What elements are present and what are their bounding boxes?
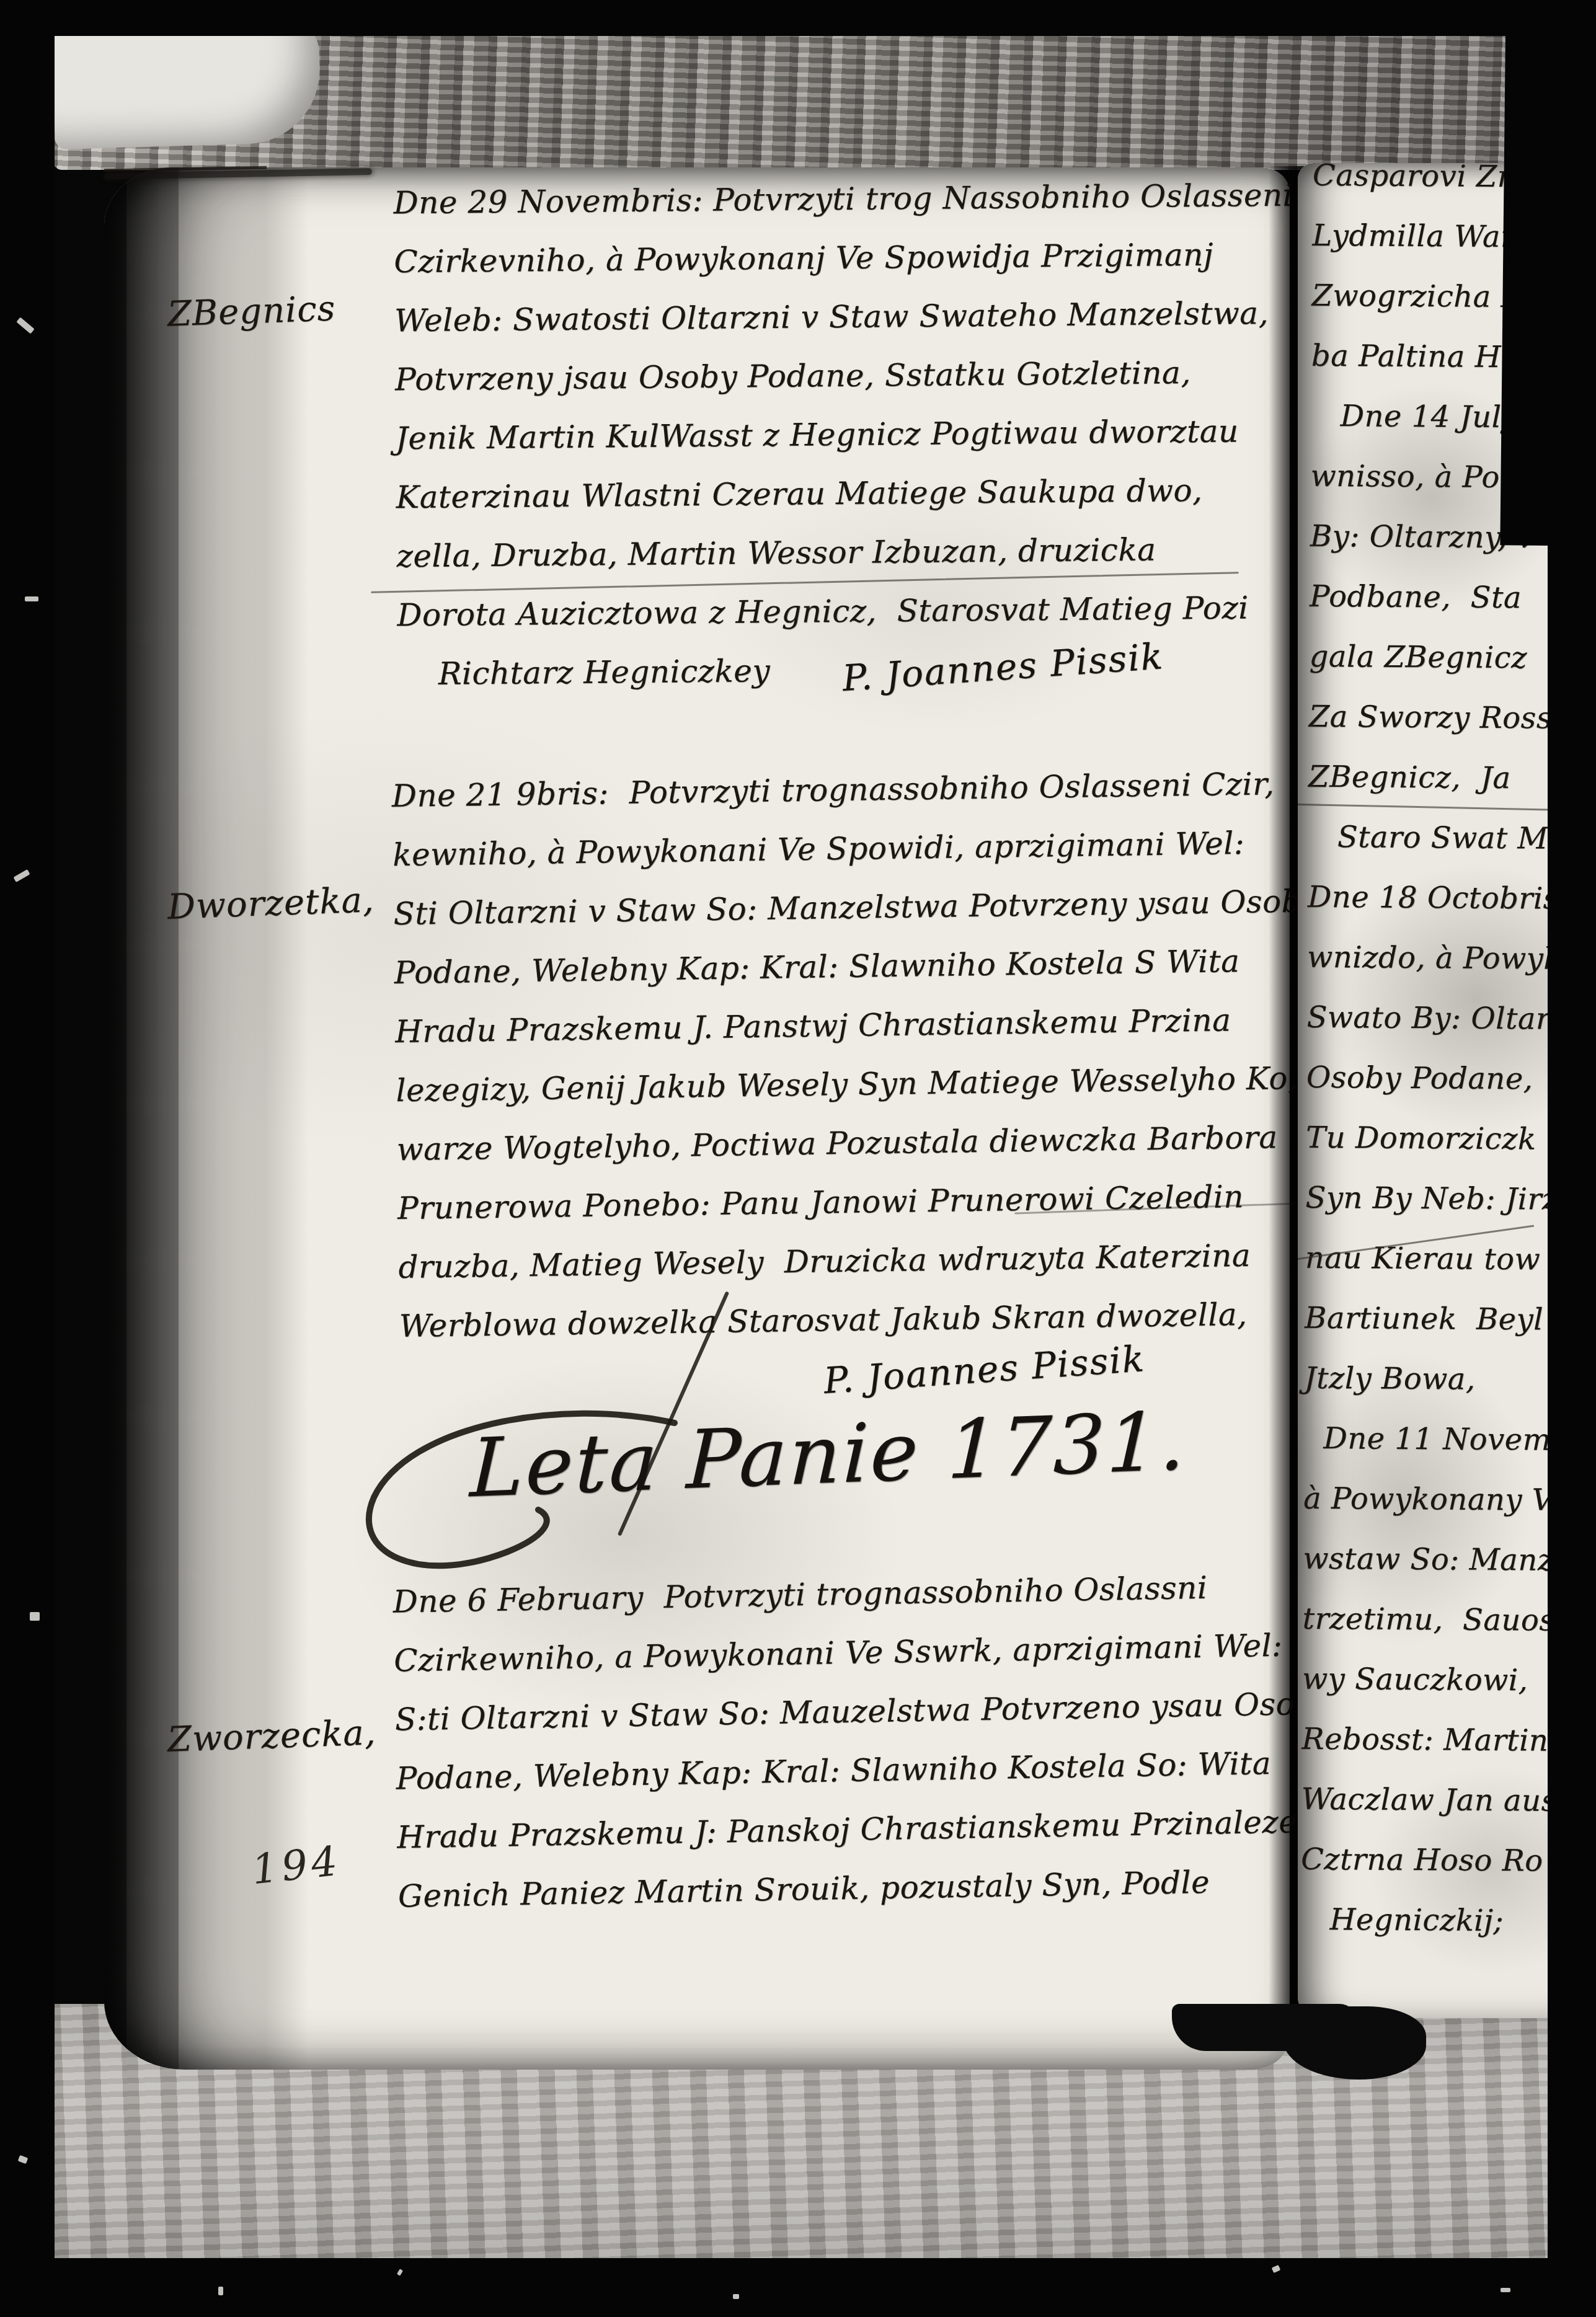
film-right-edge-top	[1500, 0, 1596, 546]
margin-note-zbegnics: ZBegnics	[167, 288, 336, 334]
handwritten-line: Czirkevniho, à Powykonanj Ve Spowidja Pr…	[394, 236, 1287, 303]
margin-note-dworzetka: Dworzetka,	[167, 880, 375, 928]
handwritten-line: Dne 29 Novembris: Potvrzyti trog Nassobn…	[393, 177, 1287, 244]
handwritten-line: Katerzinau Wlastni Czerau Matiege Saukup…	[396, 472, 1289, 539]
marriage-entry-3: Dne 6 February Potvrzyti trognassobniho …	[392, 1568, 1292, 1937]
film-speck	[25, 596, 38, 601]
film-speck	[30, 1612, 40, 1621]
film-left-edge	[0, 0, 55, 2317]
margin-note-zworzecka: Zworzecka,	[167, 1712, 377, 1760]
page-number: 194	[249, 1837, 343, 1894]
year-heading: Leta Panie 1731.	[469, 1394, 1189, 1516]
microfilm-photo: ZBegnics Dworzetka, Zworzecka, Dne 29 No…	[0, 0, 1596, 2317]
ink-blot-drip	[1283, 2006, 1426, 2080]
marriage-entry-2: Dne 21 9bris: Potvrzyti trognassobniho O…	[391, 766, 1292, 1367]
ink-blot	[1172, 2001, 1470, 2082]
handwritten-line: Weleb: Swatosti Oltarzni v Staw Swateho …	[394, 295, 1288, 362]
film-top-bar	[0, 0, 1596, 36]
handwritten-line: Potvrzeny jsau Osoby Podane, Sstatku Got…	[395, 354, 1288, 421]
handwritten-line: Werblowa dowzelka Starosvat Jakub Skran …	[399, 1296, 1292, 1367]
film-speck	[1501, 2288, 1510, 2292]
handwritten-line: Jenik Martin KulWasst z Hegnicz Pogtiwau…	[396, 413, 1289, 480]
marriage-entry-1: Dne 29 Novembris: Potvrzyti trog Nassobn…	[393, 177, 1290, 715]
film-speck	[218, 2287, 223, 2295]
left-page: ZBegnics Dworzetka, Zworzecka, Dne 29 No…	[104, 167, 1290, 2070]
film-speck	[733, 2294, 739, 2299]
film-right-edge	[1548, 521, 1596, 2269]
film-bottom-bar	[0, 2258, 1596, 2317]
